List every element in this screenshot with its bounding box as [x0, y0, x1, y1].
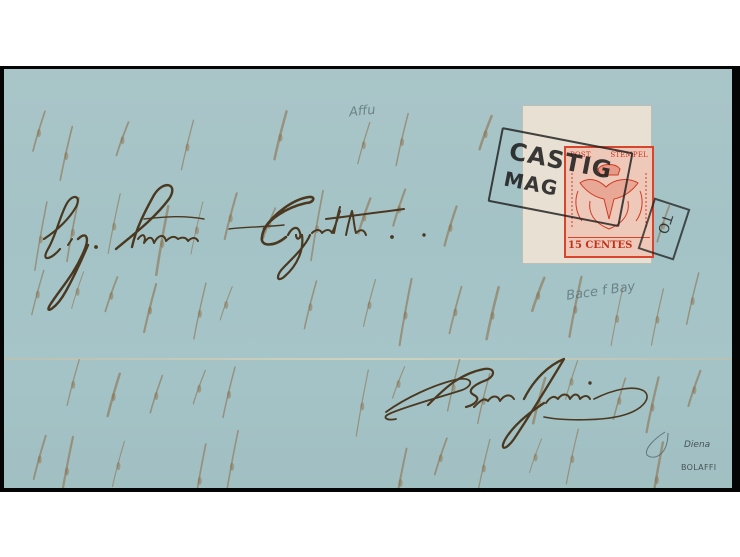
letter-cover: Sig. Pietro Capretti Brescia Affu Bace f…: [4, 69, 732, 488]
secondary-postmark-text: TO: [654, 212, 675, 236]
